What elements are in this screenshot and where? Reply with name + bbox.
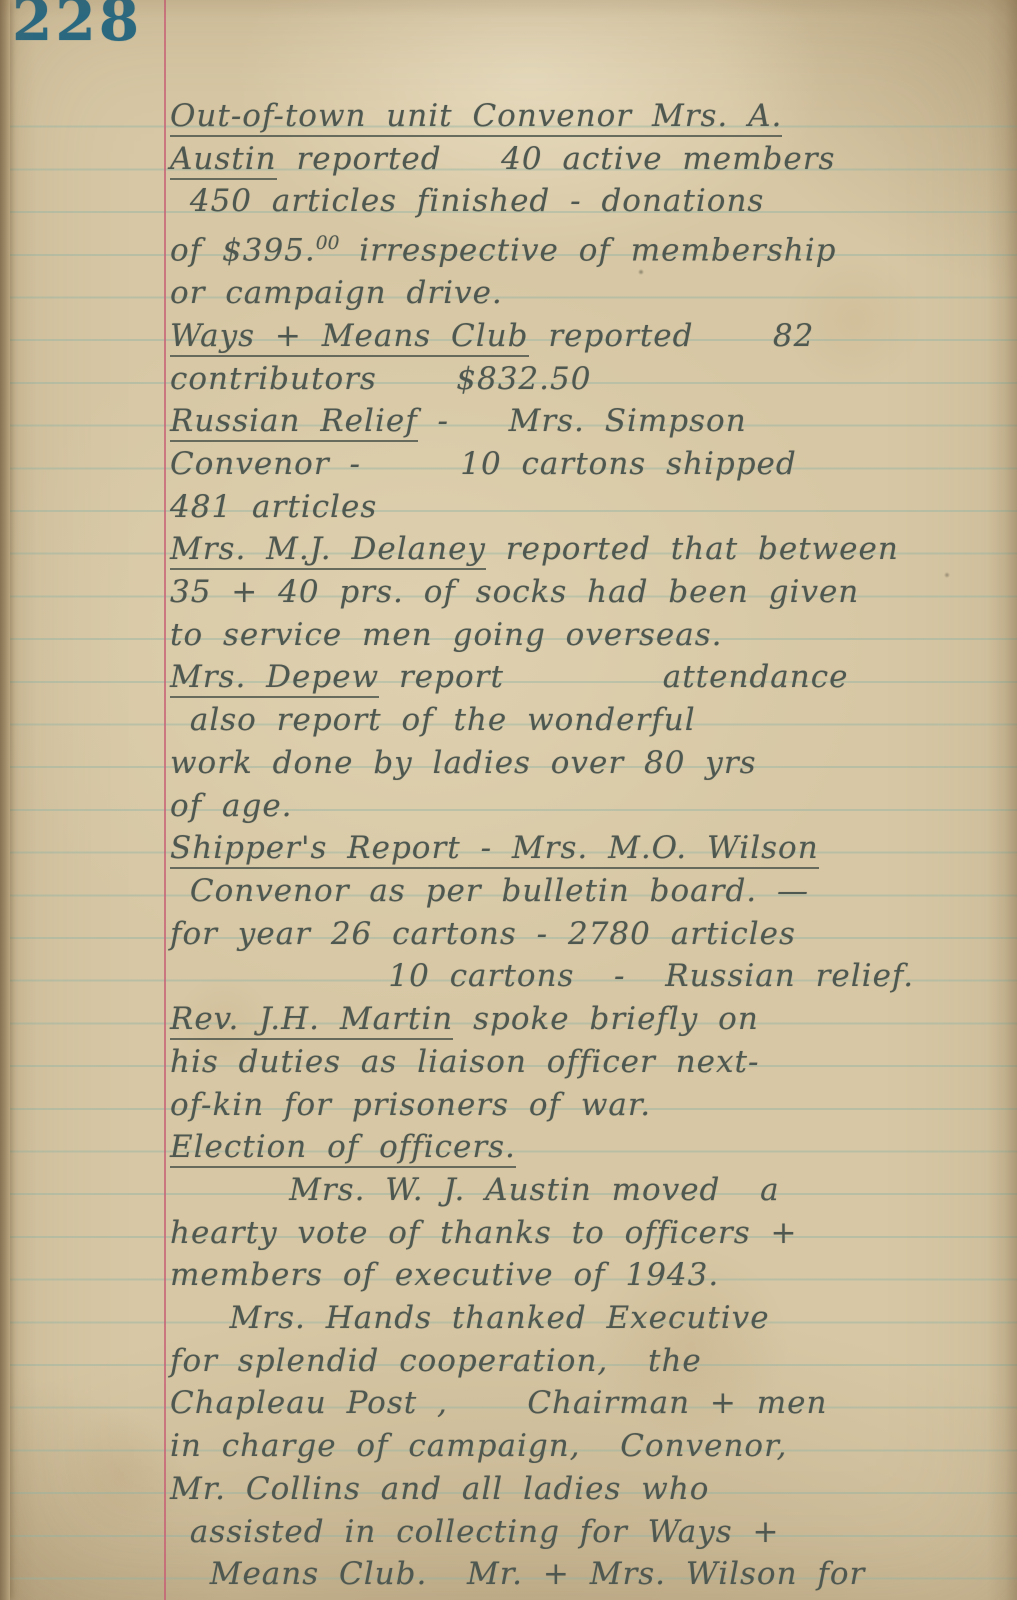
underlined-phrase: Shipper's Report - Mrs. M.O. Wilson <box>170 830 819 869</box>
manuscript-line: also report of the wonderful <box>170 699 1010 742</box>
underlined-phrase: Austin <box>170 141 277 180</box>
page-binding-edge <box>0 0 10 1600</box>
text-segment: his duties as liaison officer next- <box>170 1044 759 1080</box>
text-segment: Mr. Collins and all ladies who <box>170 1471 709 1507</box>
manuscript-line: 450 articles finished - donations <box>170 180 1010 223</box>
manuscript-line: contributors $832.50 <box>170 358 1010 401</box>
text-segment: in charge of campaign, Convenor, <box>170 1428 787 1464</box>
manuscript-line: Mrs. W. J. Austin moved a <box>170 1169 1010 1212</box>
manuscript-line: Convenor - 10 cartons shipped <box>170 443 1010 486</box>
text-segment: Means Club. Mr. + Mrs. Wilson for <box>170 1556 865 1592</box>
text-segment: 450 articles finished - donations <box>170 183 764 219</box>
manuscript-line: Rev. J.H. Martin spoke briefly on <box>170 998 1010 1041</box>
text-segment: also report of the wonderful <box>170 702 696 738</box>
manuscript-line: Austin reported 40 active members <box>170 138 1010 181</box>
text-segment: - Mrs. Simpson <box>418 403 747 439</box>
manuscript-line: of $395.00 irrespective of membership <box>170 223 1010 272</box>
underlined-phrase: Mrs. Depew <box>170 659 379 698</box>
text-segment: for year 26 cartons - 2780 articles <box>170 916 796 952</box>
text-segment: Mrs. Hands thanked Executive <box>170 1300 770 1336</box>
manuscript-line: his duties as liaison officer next- <box>170 1041 1010 1084</box>
manuscript-line: Mrs. M.J. Delaney reported that between <box>170 528 1010 571</box>
text-segment: or campaign drive. <box>170 275 503 311</box>
manuscript-line: Convenor as per bulletin board. — <box>170 870 1010 913</box>
manuscript-line: hearty vote of thanks to officers + <box>170 1212 1010 1255</box>
text-segment: 481 articles <box>170 489 377 525</box>
manuscript-line: Mrs. Hands thanked Executive <box>170 1297 1010 1340</box>
text-segment: to service men going overseas. <box>170 617 723 653</box>
manuscript-line: of age. <box>170 785 1010 828</box>
manuscript-line: Chapleau Post , Chairman + men <box>170 1382 1010 1425</box>
manuscript-line: work done by ladies over 80 yrs <box>170 742 1010 785</box>
manuscript-line: 35 + 40 prs. of socks had been given <box>170 571 1010 614</box>
underlined-phrase: Out-of-town unit Convenor Mrs. A. <box>170 98 782 137</box>
underlined-phrase: Russian Relief <box>170 403 418 442</box>
manuscript-line: Russian Relief - Mrs. Simpson <box>170 400 1010 443</box>
text-segment: report attendance <box>379 659 848 695</box>
text-segment: reported 82 <box>529 318 815 354</box>
manuscript-line: Means Club. Mr. + Mrs. Wilson for <box>170 1553 1010 1596</box>
text-segment: assisted in collecting for Ways + <box>170 1514 780 1550</box>
manuscript-line: for year 26 cartons - 2780 articles <box>170 913 1010 956</box>
manuscript-line: or campaign drive. <box>170 272 1010 315</box>
text-segment: reported 40 active members <box>277 141 836 177</box>
text-segment: 00 <box>316 233 340 254</box>
text-segment: spoke briefly on <box>453 1001 759 1037</box>
text-segment: reported that between <box>486 531 899 567</box>
text-segment: work done by ladies over 80 yrs <box>170 745 757 781</box>
text-segment: irrespective of membership <box>339 232 836 268</box>
manuscript-line: 10 cartons - Russian relief. <box>170 955 1010 998</box>
manuscript-line: Out-of-town unit Convenor Mrs. A. <box>170 95 1010 138</box>
text-segment: 35 + 40 prs. of socks had been given <box>170 574 859 610</box>
ledger-page: 228 Out-of-town unit Convenor Mrs. A.Aus… <box>0 0 1017 1600</box>
text-segment: Convenor as per bulletin board. — <box>170 873 809 909</box>
text-segment: Convenor - 10 cartons shipped <box>170 446 797 482</box>
page-number: 228 <box>12 0 142 54</box>
manuscript-line: to service men going overseas. <box>170 614 1010 657</box>
manuscript-line: of-kin for prisoners of war. <box>170 1084 1010 1127</box>
manuscript-line: Election of officers. <box>170 1126 1010 1169</box>
manuscript-line: members of executive of 1943. <box>170 1254 1010 1297</box>
manuscript-line: for splendid cooperation, the <box>170 1340 1010 1383</box>
underlined-phrase: Ways + Means Club <box>170 318 529 357</box>
text-segment: for splendid cooperation, the <box>170 1343 702 1379</box>
manuscript-line: Ways + Means Club reported 82 <box>170 315 1010 358</box>
manuscript-line: in charge of campaign, Convenor, <box>170 1425 1010 1468</box>
text-segment: Chapleau Post , Chairman + men <box>170 1385 827 1421</box>
manuscript-line: Mr. Collins and all ladies who <box>170 1468 1010 1511</box>
manuscript-line: 481 articles <box>170 486 1010 529</box>
text-segment: 10 cartons - Russian relief. <box>170 958 914 994</box>
text-segment: of-kin for prisoners of war. <box>170 1087 651 1123</box>
manuscript-line: Mrs. Depew report attendance <box>170 656 1010 699</box>
manuscript-line: Shipper's Report - Mrs. M.O. Wilson <box>170 827 1010 870</box>
underlined-phrase: Rev. J.H. Martin <box>170 1001 453 1040</box>
text-segment: contributors $832.50 <box>170 361 591 397</box>
margin-line <box>164 0 166 1600</box>
manuscript: Out-of-town unit Convenor Mrs. A.Austin … <box>170 95 1010 1596</box>
text-segment: hearty vote of thanks to officers + <box>170 1215 797 1251</box>
text-segment: members of executive of 1943. <box>170 1257 719 1293</box>
underlined-phrase: Mrs. M.J. Delaney <box>170 531 486 570</box>
text-segment: of $395. <box>170 232 316 268</box>
text-segment: Mrs. W. J. Austin moved a <box>170 1172 780 1208</box>
text-segment: of age. <box>170 788 293 824</box>
underlined-phrase: Election of officers. <box>170 1129 516 1168</box>
manuscript-line: assisted in collecting for Ways + <box>170 1511 1010 1554</box>
